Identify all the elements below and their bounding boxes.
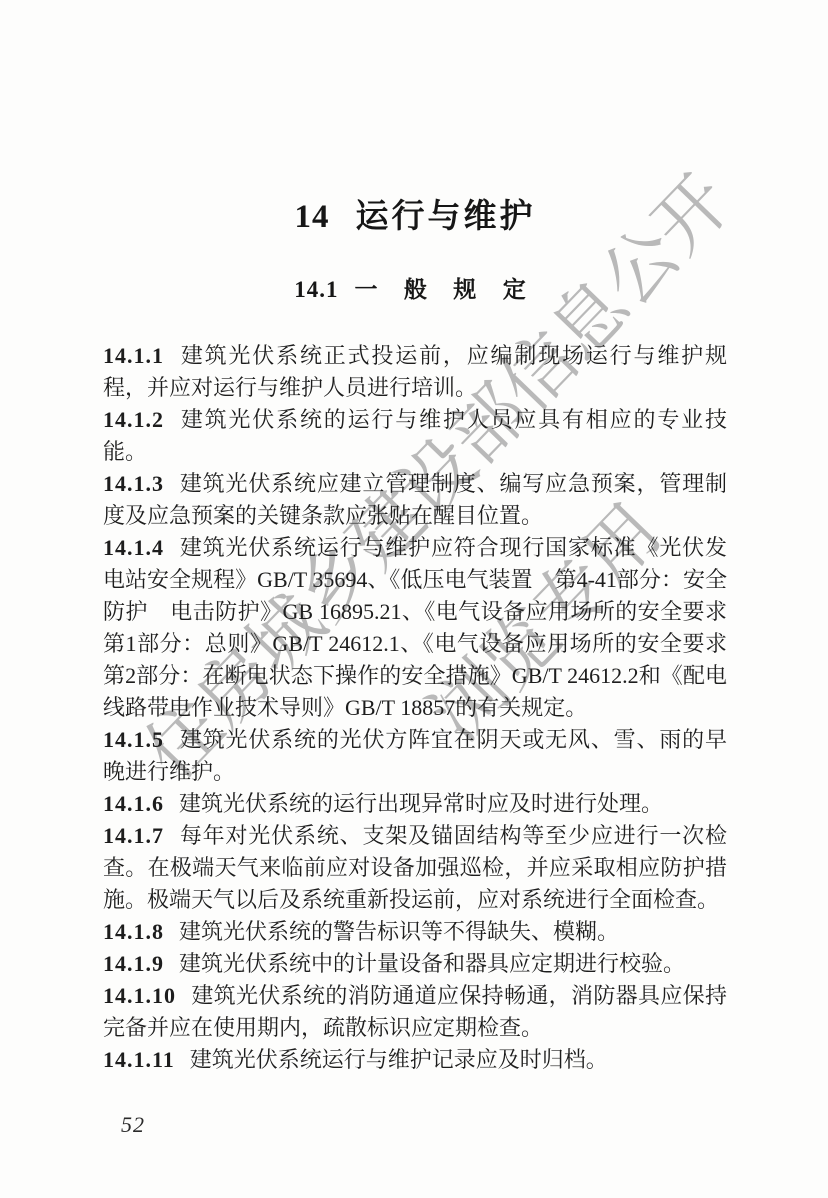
clause-number: 14.1.2	[103, 407, 164, 432]
clause-number: 14.1.4	[103, 535, 164, 560]
clause-text: 建筑光伏系统的警告标识等不得缺失、模糊。	[179, 919, 619, 944]
clause-text: 每年对光伏系统、支架及锚固结构等至少应进行一次检查。在极端天气来临前应对设备加强…	[103, 823, 727, 912]
chapter-title: 运行与维护	[356, 197, 536, 234]
clause-text: 建筑光伏系统的消防通道应保持畅通，消防器具应保持完备并应在使用期内，疏散标识应定…	[103, 983, 727, 1040]
clause: 14.1.6建筑光伏系统的运行出现异常时应及时进行处理。	[103, 788, 727, 820]
section-heading: 14.1一 般 规 定	[103, 275, 727, 304]
clause-number: 14.1.5	[103, 727, 164, 752]
clause-number: 14.1.7	[103, 823, 164, 848]
clause-list: 14.1.1建筑光伏系统正式投运前，应编制现场运行与维护规程，并应对运行与维护人…	[103, 340, 727, 1076]
clause-text: 建筑光伏系统中的计量设备和器具应定期进行校验。	[179, 951, 685, 976]
clause-number: 14.1.6	[103, 791, 164, 816]
clause: 14.1.11建筑光伏系统运行与维护记录应及时归档。	[103, 1044, 727, 1076]
chapter-number: 14	[295, 199, 330, 235]
clause-text: 建筑光伏系统应建立管理制度、编写应急预案，管理制度及应急预案的关键条款应张贴在醒…	[103, 471, 727, 528]
clause: 14.1.7每年对光伏系统、支架及锚固结构等至少应进行一次检查。在极端天气来临前…	[103, 820, 727, 916]
document-page: 住房城乡建设部信息公开 浏览专用 14运行与维护 14.1一 般 规 定 14.…	[0, 0, 828, 1198]
clause: 14.1.3建筑光伏系统应建立管理制度、编写应急预案，管理制度及应急预案的关键条…	[103, 468, 727, 532]
clause-number: 14.1.11	[103, 1047, 175, 1072]
clause-number: 14.1.9	[103, 951, 164, 976]
clause-number: 14.1.10	[103, 983, 176, 1008]
clause-text: 建筑光伏系统正式投运前，应编制现场运行与维护规程，并应对运行与维护人员进行培训。	[103, 343, 727, 400]
clause-text: 建筑光伏系统运行与维护记录应及时归档。	[190, 1047, 608, 1072]
clause: 14.1.9建筑光伏系统中的计量设备和器具应定期进行校验。	[103, 948, 727, 980]
clause-number: 14.1.1	[103, 343, 164, 368]
page-number: 52	[121, 1112, 145, 1138]
chapter-heading: 14运行与维护	[103, 196, 727, 237]
clause-text: 建筑光伏系统的运行与维护人员应具有相应的专业技能。	[103, 407, 727, 464]
section-number: 14.1	[294, 277, 338, 302]
clause: 14.1.10建筑光伏系统的消防通道应保持畅通，消防器具应保持完备并应在使用期内…	[103, 980, 727, 1044]
section-title: 一 般 规 定	[355, 276, 536, 302]
clause: 14.1.8建筑光伏系统的警告标识等不得缺失、模糊。	[103, 916, 727, 948]
clause: 14.1.1建筑光伏系统正式投运前，应编制现场运行与维护规程，并应对运行与维护人…	[103, 340, 727, 404]
clause: 14.1.4建筑光伏系统运行与维护应符合现行国家标准《光伏发电站安全规程》GB/…	[103, 532, 727, 724]
clause-number: 14.1.3	[103, 471, 164, 496]
clause-text: 建筑光伏系统的光伏方阵宜在阴天或无风、雪、雨的早晚进行维护。	[103, 727, 727, 784]
clause-text: 建筑光伏系统的运行出现异常时应及时进行处理。	[179, 791, 663, 816]
clause: 14.1.2建筑光伏系统的运行与维护人员应具有相应的专业技能。	[103, 404, 727, 468]
clause-text: 建筑光伏系统运行与维护应符合现行国家标准《光伏发电站安全规程》GB/T 3569…	[103, 535, 749, 720]
page-content: 14运行与维护 14.1一 般 规 定 14.1.1建筑光伏系统正式投运前，应编…	[103, 0, 727, 1076]
clause: 14.1.5建筑光伏系统的光伏方阵宜在阴天或无风、雪、雨的早晚进行维护。	[103, 724, 727, 788]
clause-number: 14.1.8	[103, 919, 164, 944]
